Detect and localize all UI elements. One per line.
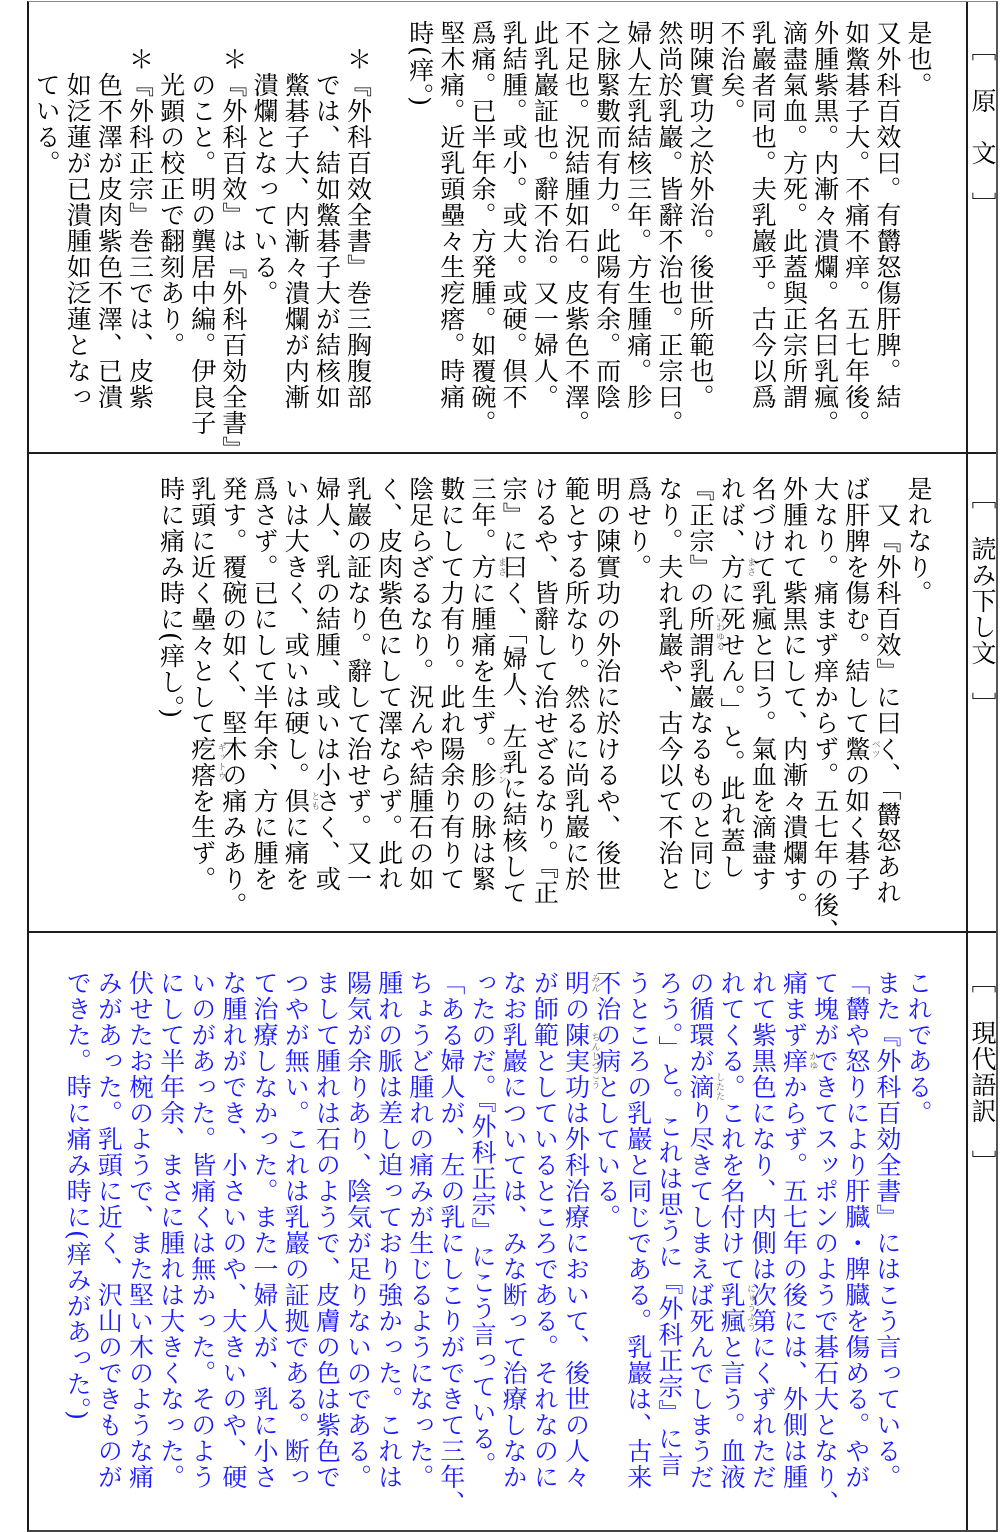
ruby-annotated-text: 乳瘋にゅうふう: [717, 1282, 746, 1334]
text-segment: 乳巖者同也。夫乳巖乎。古今以爲: [748, 20, 777, 410]
ruby-annotated-text: 明みん: [561, 970, 590, 996]
text-column: みがあった。乳頭に近く、沢山のできものが: [93, 970, 124, 1531]
text-segment: り尽きてしまえば死んでしまうだ: [686, 1100, 715, 1490]
text-segment: 宗』に曰く、「婦人、左乳に結核して: [499, 476, 528, 906]
section-label-original: ［ 原 文 ］: [966, 2, 996, 452]
ruby-annotated-text: 陳実功ちんじつこう: [561, 1022, 590, 1100]
text-column: く、皮肉紫色にして澤ならず。此れ: [373, 476, 404, 932]
section-kundoku-reading: 是れなり。 又『外科百效』に曰く、「欝怒あれば肝脾を傷む。結して鱉ベツの如く碁子…: [29, 454, 996, 933]
text-column: 爲せり。: [623, 476, 654, 932]
text-column: 如鱉碁子大。不痛不痒。五七年後。: [841, 20, 872, 452]
text-column: 外腫紫黒。内漸々潰爛。名曰乳瘋。: [809, 20, 840, 452]
text-segment: なり。夫れ乳巖や、古今以て不治と: [655, 476, 684, 892]
text-segment: 明陳實功之於外治。後世所範也。: [686, 20, 715, 410]
text-column: ば肝脾を傷む。結して鱉ベツの如く碁子: [841, 476, 872, 932]
text-column: が師範としているところである。それなのに: [529, 970, 560, 1531]
text-segment: の如く碁子: [842, 762, 871, 892]
text-segment: れて紫黒色になり、内側は次第にくずれただ: [748, 970, 777, 1490]
text-column: 此乳巖証也。辭不治。又一婦人。: [529, 20, 560, 452]
footnote-text: のこと。明の龔居中編。伊良子: [188, 72, 217, 436]
section-modern-translation: これである。また『外科百効全書』にはこう言っている。「欝や怒りにより肝臓・脾臓を…: [29, 933, 996, 1530]
text-segment: て治療しなかった。また一婦人が、乳に小さ: [250, 970, 279, 1490]
text-column: 大なり。痛まず痒からず。五七年の後、: [809, 476, 840, 932]
text-segment: 不足也。況結腫如石。皮紫色不澤。: [561, 20, 590, 436]
ruby-reading: シン: [496, 765, 505, 784]
text-segment: れてくる。これを名付けて: [717, 970, 746, 1282]
ruby-base: 倶: [281, 788, 310, 814]
text-column: なお乳巖については、みな断って治療しなか: [498, 970, 529, 1531]
text-segment: これである。: [904, 970, 933, 1126]
text-segment: 數にして力有り。此れ陽余り有りて: [437, 476, 466, 892]
ruby-annotated-text: 方まさ: [468, 554, 497, 580]
text-column: 明陳實功之於外治。後世所範也。: [685, 20, 716, 452]
text-column: できた。時に痛み時に(痒みがあった。): [62, 970, 93, 1531]
text-segment: 滴盡氣血。方死。此蓋與正宗所謂: [779, 20, 808, 410]
text-column: 堅木痛。近乳頭壘々生疙瘩。時痛: [436, 20, 467, 452]
text-column: 乳結腫。或小。或大。或硬。倶不: [498, 20, 529, 452]
text-segment: 大なり。痛まず痒からず。五七年の後、: [811, 476, 840, 932]
text-column: うところの乳巖と同じである。乳巖は、古来: [623, 970, 654, 1531]
text-segment: けるや、皆辭して治せざるなり。『正: [530, 476, 559, 906]
text-segment: 婦人左乳結核三年。方生腫痛。胗: [624, 20, 653, 410]
text-column: なり。夫れ乳巖や、古今以て不治と: [654, 476, 685, 932]
text-column: 陰足らざるなり。況んや結腫石の如: [405, 476, 436, 932]
text-column: 「ある婦人が、左の乳にしこりができて三年、: [436, 970, 467, 1531]
ruby-reading: ギットウ: [216, 743, 225, 781]
footnote-line: ＊『外科正宗』巻三では、皮紫: [124, 20, 155, 452]
text-segment: 「ある婦人が、左の乳にしこりができて三年、: [437, 970, 466, 1516]
text-column: 又外科百效曰。有欝怒傷肝脾。結: [872, 20, 903, 452]
text-column: 又『外科百效』に曰く、「欝怒あれ: [872, 476, 903, 932]
text-segment: 乳結腫。或小。或大。或硬。倶不: [499, 20, 528, 410]
text-column: 之脉緊數而有力。此陽有余。而陰: [591, 20, 622, 452]
text-segment: いのがあった。皆痛くは無かった。そのよう: [188, 970, 217, 1490]
text-column: 名づけて乳瘋と曰う。氣血を滴盡す: [747, 476, 778, 932]
text-segment: 外腫れて紫黒にして、内漸々潰爛す。: [779, 476, 808, 918]
text-column: いは大きく、或いは硬し。倶ともに痛を: [280, 476, 311, 932]
footnote-text: ている。: [32, 72, 61, 176]
ruby-base: 滴: [686, 1074, 715, 1100]
text-column: にして半年余、まさに腫れは大きくなった。: [155, 970, 186, 1531]
text-column: また『外科百効全書』にはこう言っている。: [872, 970, 903, 1531]
text-segment: 然尚於乳巖。皆辭不治也。正宗曰。: [655, 20, 684, 436]
text-segment: 如鱉碁子大。不痛不痒。五七年後。: [842, 20, 871, 436]
original-text-body: 是也。又外科百效曰。有欝怒傷肝脾。結如鱉碁子大。不痛不痒。五七年後。外腫紫黒。内…: [29, 2, 966, 452]
text-segment: は外科治療において、後世の人々: [561, 1100, 590, 1490]
ruby-base: 方: [468, 554, 497, 580]
text-segment: の: [561, 996, 590, 1022]
text-column: 範とする所なり。然るに尚乳巖に於: [560, 476, 591, 932]
text-segment: なお乳巖については、みな断って治療しなか: [499, 970, 528, 1490]
text-segment: 爲痛。已半年余。方発腫。如覆碗。: [468, 20, 497, 436]
footnote-line: ＊『外科百效』は『外科百効全書』: [218, 20, 249, 452]
ruby-annotated-text: 所謂いわゆる: [686, 606, 715, 658]
footnote-line: 如泛蓮が已潰腫如泛蓮となっ: [62, 20, 93, 452]
text-column: けるや、皆辭して治せざるなり。『正: [529, 476, 560, 932]
text-segment: 又外科百效曰。有欝怒傷肝脾。結: [873, 20, 902, 410]
footnote-text: 潰爛となっている。: [250, 72, 279, 306]
footnote-text: 色不澤が皮肉紫色不澤、已潰: [94, 72, 123, 410]
text-column: 伏せたお椀のようで、また堅い木のような痛: [124, 970, 155, 1531]
ruby-reading: まさ: [496, 557, 505, 576]
text-column: ちょうど腫れの痛みが生じるようになった。: [405, 970, 436, 1531]
text-column: 宗』に曰く、「婦人、左乳に結核して: [498, 476, 529, 932]
text-segment: 名づけて乳瘋と曰う。氣血を滴盡す: [748, 476, 777, 892]
footnote-line: では、結如鱉碁子大が結核如: [311, 20, 342, 452]
text-segment: 三年。: [468, 476, 497, 554]
ruby-base: 所謂: [686, 606, 715, 658]
text-column: て治療しなかった。また一婦人が、乳に小さ: [249, 970, 280, 1531]
text-segment: 陽気が余りあり、陰気が足りないのである。: [343, 970, 372, 1490]
text-segment: 之脉緊數而有力。此陽有余。而陰: [593, 20, 622, 410]
text-segment: つやが無い。これは乳巖の証拠である。断っ: [281, 970, 310, 1490]
text-segment: 不治の病としている。: [593, 970, 622, 1230]
text-segment: 範とする所なり。然るに尚乳巖に於: [561, 476, 590, 892]
text-segment: うところの乳巖と同じである。乳巖は、古来: [624, 970, 653, 1490]
text-segment: ちょうど腫れの痛みが生じるようになった。: [406, 970, 435, 1490]
ruby-annotated-text: 鱉ベツ: [842, 736, 871, 762]
modern-translation-body: これである。また『外科百効全書』にはこう言っている。「欝や怒りにより肝臓・脾臓を…: [29, 933, 966, 1530]
text-segment: を生ず。: [188, 788, 217, 892]
text-column: れて紫黒色になり、内側は次第にくずれただ: [747, 970, 778, 1531]
text-column: 不足也。況結腫如石。皮紫色不澤。: [560, 20, 591, 452]
text-column: 「欝や怒りにより肝臓・脾臓を傷める。やが: [841, 970, 872, 1531]
ruby-annotated-text: 痒かゆ: [779, 1048, 808, 1074]
text-segment: 痛まず: [779, 970, 808, 1048]
text-column: 時(痒。): [405, 20, 436, 452]
section-label-kundoku: ［ 読み下し文 ］: [966, 454, 996, 931]
text-column: な腫れができ、小さいのや、大きいのや、硬: [218, 970, 249, 1531]
text-column: いのがあった。皆痛くは無かった。そのよう: [187, 970, 218, 1531]
text-segment: 明の陳實功の外治に於けるや、後世: [593, 476, 622, 892]
text-column: 痛まず痒かゆからず。五七年の後には、外側は腫: [778, 970, 809, 1531]
text-column: 陽気が余りあり、陰気が足りないのである。: [342, 970, 373, 1531]
ruby-base: 陳実功: [561, 1022, 590, 1100]
text-column: 不治矣。: [716, 20, 747, 452]
text-column: 爲痛。已半年余。方発腫。如覆碗。: [467, 20, 498, 452]
text-segment: 伏せたお椀のようで、また堅い木のような痛: [125, 970, 154, 1490]
text-column: 外腫れて紫黒にして、内漸々潰爛す。: [778, 476, 809, 932]
ruby-base: 乳瘋: [717, 1282, 746, 1334]
footnote-text: では、結如鱉碁子大が結核如: [312, 72, 341, 410]
text-column: 時に痛み時に(痒し。): [155, 476, 186, 932]
ruby-base: 明: [561, 970, 590, 996]
ruby-base: 痒: [779, 1048, 808, 1074]
document-table: 是也。又外科百效曰。有欝怒傷肝脾。結如鱉碁子大。不痛不痒。五七年後。外腫紫黒。内…: [27, 1, 998, 1532]
text-segment: 発す。覆碗の如く、堅木の痛みあり。: [219, 476, 248, 918]
ruby-annotated-text: 胗シン: [468, 762, 497, 788]
text-segment: 「欝や怒りにより肝臓・脾臓を傷める。やが: [842, 970, 871, 1490]
text-column: 是れなり。: [903, 476, 934, 932]
footnote-line: ている。: [31, 20, 62, 452]
ruby-reading: かゆ: [807, 1051, 816, 1070]
text-segment: ったのだ。『外科正宗』にこう言っている。: [468, 970, 497, 1478]
ruby-annotated-text: 滴したた: [686, 1074, 715, 1100]
footnote-text: 鱉碁子大、内漸々潰爛が内漸: [281, 72, 310, 410]
text-column: 三年。方まさに腫痛を生ず。胗シンの脉は緊: [467, 476, 498, 932]
text-segment: できた。時に痛み時に(痒みがあった。): [63, 970, 92, 1421]
text-column: 乳巖者同也。夫乳巖乎。古今以爲: [747, 20, 778, 452]
ruby-annotated-text: 倶とも: [281, 788, 310, 814]
text-segment: 是也。: [904, 20, 933, 98]
footnote-text: 如泛蓮が已潰腫如泛蓮となっ: [63, 72, 92, 410]
text-column: ろう。」と。これは思うに『外科正宗』に言: [654, 970, 685, 1531]
text-segment: く、皮肉紫色にして澤ならず。此れ: [375, 476, 404, 892]
text-segment: と言う。血液: [717, 1334, 746, 1490]
text-column: 明みんの陳実功ちんじつこうは外科治療において、後世の人々: [560, 970, 591, 1531]
text-segment: れば、: [717, 476, 746, 554]
text-segment: 此乳巖証也。辭不治。又一婦人。: [530, 20, 559, 410]
text-column: 爲さず。已にして半年余、方に腫を: [249, 476, 280, 932]
footnote-text: 『外科百效』は『外科百効全書』: [219, 72, 248, 452]
text-segment: 婦人、乳の結腫、或いは小さく、或: [312, 476, 341, 892]
text-segment: 時(痒。): [406, 20, 435, 107]
text-segment: 又『外科百效』に曰く、「欝怒あれ: [873, 476, 902, 906]
footnote-line: のこと。明の龔居中編。伊良子: [187, 20, 218, 452]
text-column: 滴盡氣血。方死。此蓋與正宗所謂: [778, 20, 809, 452]
text-column: 発す。覆碗の如く、堅木の痛みあり。: [218, 476, 249, 932]
text-segment: 不治矣。: [717, 20, 746, 124]
ruby-reading: ベツ: [870, 739, 879, 758]
footnote-text: 『外科正宗』巻三では、皮紫: [125, 72, 154, 410]
text-segment: 爲せり。: [624, 476, 653, 580]
ruby-reading: みん: [589, 973, 598, 992]
text-column: これである。: [903, 970, 934, 1531]
text-column: れば、方まさに死せん。」と。此れ蓋し: [716, 476, 747, 932]
text-column: 婦人、乳の結腫、或いは小さく、或: [311, 476, 342, 932]
text-column: つやが無い。これは乳巖の証拠である。断っ: [280, 970, 311, 1531]
text-segment: に腫痛を生ず。: [468, 580, 497, 762]
ruby-reading: にゅうふう: [745, 1284, 754, 1332]
section-original-text: 是也。又外科百效曰。有欝怒傷肝脾。結如鱉碁子大。不痛不痒。五七年後。外腫紫黒。内…: [29, 2, 996, 454]
text-segment: 乳巖の証なり。辭して治せず。又一: [343, 476, 372, 892]
text-segment: 堅木痛。近乳頭壘々生疙瘩。時痛: [437, 20, 466, 410]
text-segment: 『正宗』の: [686, 476, 715, 606]
text-column: 乳巖の証なり。辭して治せず。又一: [342, 476, 373, 932]
text-segment: ろう。」と。これは思うに『外科正宗』に言: [655, 970, 684, 1478]
text-segment: な腫れができ、小さいのや、大きいのや、硬: [219, 970, 248, 1490]
text-segment: 乳頭に近く壘々として: [188, 476, 217, 736]
ruby-reading: とも: [309, 791, 318, 810]
text-column: まして腫れは石のようで、皮膚の色は紫色で: [311, 970, 342, 1531]
footnote-line: ＊『外科百效全書』巻三胸腹部: [342, 20, 373, 452]
ruby-annotated-text: 方まさ: [717, 554, 746, 580]
section-label-modern-translation: ［ 現代語訳 ］: [966, 933, 996, 1530]
footnote-line: 鱉碁子大、内漸々潰爛が内漸: [280, 20, 311, 452]
text-segment: 外腫紫黒。内漸々潰爛。名曰乳瘋。: [811, 20, 840, 436]
ruby-reading: いわゆる: [714, 613, 723, 651]
ruby-annotated-text: 疙瘩ギットウ: [188, 736, 217, 788]
footnote-text: 『外科百效全書』巻三胸腹部: [343, 72, 372, 410]
ruby-base: 疙瘩: [188, 736, 217, 788]
text-segment: に痛を: [281, 814, 310, 892]
text-segment: にして半年余、まさに腫れは大きくなった。: [157, 970, 186, 1490]
text-column: 然尚於乳巖。皆辭不治也。正宗曰。: [654, 20, 685, 452]
column-spacer: [373, 20, 404, 452]
footnote-asterisk-icon: ＊: [343, 46, 372, 72]
text-column: の循環が滴したたり尽きてしまえば死んでしまうだ: [685, 970, 716, 1531]
text-column: ったのだ。『外科正宗』にこう言っている。: [467, 970, 498, 1531]
text-segment: 陰足らざるなり。況んや結腫石の如: [406, 476, 435, 892]
text-segment: みがあった。乳頭に近く、沢山のできものが: [94, 970, 123, 1490]
text-column: 明の陳實功の外治に於けるや、後世: [591, 476, 622, 932]
footnote-line: 色不澤が皮肉紫色不澤、已潰: [93, 20, 124, 452]
text-segment: また『外科百効全書』にはこう言っている。: [873, 970, 902, 1490]
text-column: 『正宗』の所謂いわゆる乳巖なるものと同じ: [685, 476, 716, 932]
footnote-line: 潰爛となっている。: [249, 20, 280, 452]
ruby-reading: まさ: [745, 557, 754, 576]
text-segment: まして腫れは石のようで、皮膚の色は紫色で: [312, 970, 341, 1490]
footnote-line: 光顕の校正で翻刻あり。: [155, 20, 186, 452]
ruby-base: 方: [717, 554, 746, 580]
text-segment: からず。五七年の後には、外側は腫: [779, 1074, 808, 1490]
footnote-asterisk-icon: ＊: [219, 46, 248, 72]
text-segment: 腫れの脈は差し迫っており強かった。これは: [375, 970, 404, 1490]
ruby-reading: したた: [714, 1072, 723, 1101]
text-column: 腫れの脈は差し迫っており強かった。これは: [373, 970, 404, 1531]
text-segment: 爲さず。已にして半年余、方に腫を: [250, 476, 279, 892]
text-column: 數にして力有り。此れ陽余り有りて: [436, 476, 467, 932]
text-segment: の脉は緊: [468, 788, 497, 892]
text-segment: が師範としているところである。それなのに: [530, 970, 559, 1490]
text-segment: ば肝脾を傷む。結して: [842, 476, 871, 736]
kundoku-text-body: 是れなり。 又『外科百效』に曰く、「欝怒あれば肝脾を傷む。結して鱉ベツの如く碁子…: [29, 454, 966, 931]
footnote-text: 光顕の校正で翻刻あり。: [157, 72, 186, 358]
ruby-base: 鱉: [842, 736, 871, 762]
text-column: 乳頭に近く壘々として疙瘩ギットウを生ず。: [187, 476, 218, 932]
text-segment: いは大きく、或いは硬し。: [281, 476, 310, 788]
text-segment: 乳巖なるものと同じ: [686, 658, 715, 892]
text-segment: 時に痛み時に(痒し。): [157, 476, 186, 719]
text-segment: 是れなり。: [904, 476, 933, 606]
text-column: 是也。: [903, 20, 934, 452]
footnote-asterisk-icon: ＊: [125, 46, 154, 72]
ruby-reading: ちんじつこう: [589, 1032, 598, 1089]
text-column: れてくる。これを名付けて乳瘋にゅうふうと言う。血液: [716, 970, 747, 1531]
text-segment: の循環が: [686, 970, 715, 1074]
ruby-base: 胗: [468, 762, 497, 788]
text-column: 婦人左乳結核三年。方生腫痛。胗: [623, 20, 654, 452]
